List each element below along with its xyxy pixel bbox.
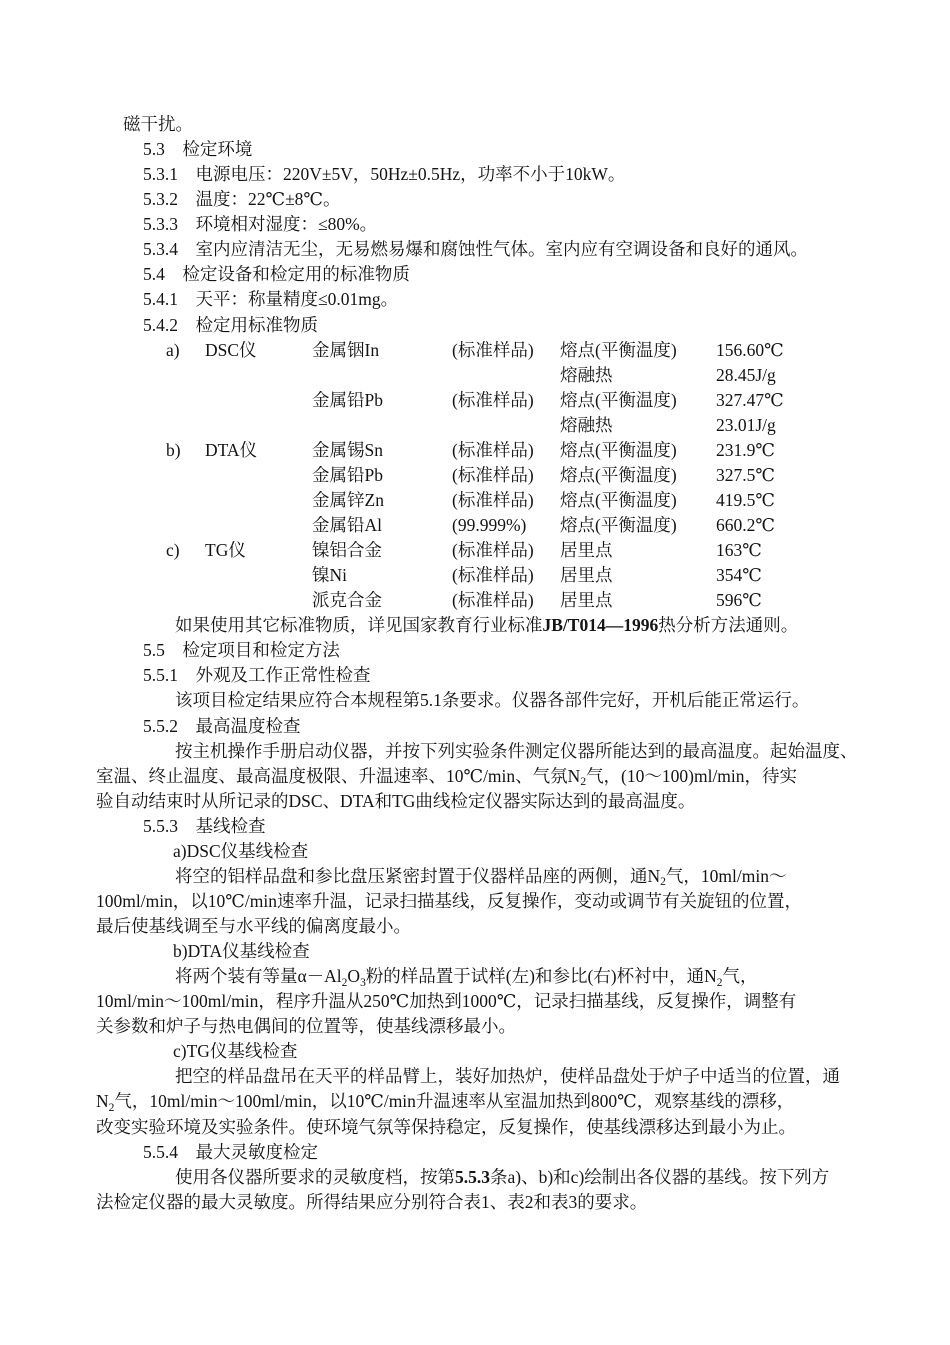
item-letter: b) bbox=[166, 438, 181, 463]
clause-5-3-4: 5.3.4 室内应清洁无尘，无易燃易爆和腐蚀性气体。室内应有空调设备和良好的通风… bbox=[0, 237, 950, 262]
property-value: 419.5℃ bbox=[716, 488, 775, 513]
paragraph-text: 粉的样品置于试样(左)和参比(右)杯衬中，通N bbox=[366, 966, 717, 986]
property-name: 熔点(平衡温度) bbox=[560, 488, 677, 513]
note-text: 热分析方法通则。 bbox=[658, 615, 798, 635]
clause-ref-bold: 5.5.3 bbox=[455, 1167, 490, 1187]
clause-5-3-2: 5.3.2 温度：22℃±8℃。 bbox=[0, 187, 950, 212]
clause-5-4-2: 5.4.2 检定用标准物质 bbox=[0, 313, 950, 338]
paragraph-line: 将两个装有等量α－Al2O3粉的样品置于试样(左)和参比(右)杯衬中，通N2气， bbox=[0, 964, 950, 989]
table-row: 熔融热 28.45J/g bbox=[0, 363, 950, 388]
subscript: 2 bbox=[580, 776, 586, 788]
paragraph-text: 气，10ml/min～100ml/min，以10℃/min升温速率从室温加热到8… bbox=[114, 1091, 794, 1111]
paragraph-text: 将空的铝样品盘和参比盘压紧密封置于仪器样品座的两侧，通N bbox=[175, 866, 660, 886]
material-name: 金属锌Zn bbox=[312, 488, 384, 513]
property-name: 熔点(平衡温度) bbox=[560, 438, 677, 463]
property-value: 354℃ bbox=[716, 563, 762, 588]
sample-grade: (标准样品) bbox=[452, 438, 534, 463]
paragraph-line: 室温、终止温度、最高温度极限、升温速率、10℃/min、气氛N2气，(10～10… bbox=[0, 764, 950, 789]
paragraph-line: 关参数和炉子与热电偶间的位置等，使基线漂移最小。 bbox=[0, 1014, 950, 1039]
material-name: 金属铅Pb bbox=[312, 388, 383, 413]
material-name: 金属锡Sn bbox=[312, 438, 383, 463]
clause-5-3-3: 5.3.3 环境相对湿度：≤80%。 bbox=[0, 212, 950, 237]
paragraph-line: N2气，10ml/min～100ml/min，以10℃/min升温速率从室温加热… bbox=[0, 1089, 950, 1114]
subscript: 3 bbox=[360, 977, 366, 989]
section-heading-5-4: 5.4 检定设备和检定用的标准物质 bbox=[0, 262, 950, 287]
material-name: 金属铅Al bbox=[312, 513, 382, 538]
property-name: 居里点 bbox=[560, 538, 613, 563]
instrument-name: DTA仪 bbox=[205, 438, 257, 463]
paragraph-line: 法检定仪器的最大灵敏度。所得结果应分别符合表1、表2和表3的要求。 bbox=[0, 1190, 950, 1215]
paragraph-text: 将两个装有等量α－Al bbox=[175, 966, 342, 986]
subscript: 2 bbox=[109, 1102, 115, 1114]
property-value: 660.2℃ bbox=[716, 513, 775, 538]
paragraph-text: 使用各仪器所要求的灵敏度档，按第 bbox=[175, 1167, 455, 1187]
property-name: 熔融热 bbox=[560, 413, 613, 438]
table-row: b) DTA仪 金属锡Sn (标准样品) 熔点(平衡温度) 231.9℃ bbox=[0, 438, 950, 463]
paragraph-text: O bbox=[347, 966, 360, 986]
sample-grade: (标准样品) bbox=[452, 588, 534, 613]
document-page: 磁干扰。 5.3 检定环境 5.3.1 电源电压：220V±5V，50Hz±0.… bbox=[0, 0, 950, 1345]
paragraph-text: 室温、终止温度、最高温度极限、升温速率、10℃/min、气氛N bbox=[96, 766, 580, 786]
instrument-name: DSC仪 bbox=[205, 338, 257, 363]
paragraph-line: 100ml/min，以10℃/min速率升温，记录扫描基线，反复操作，变动或调节… bbox=[0, 889, 950, 914]
paragraph-line: 改变实验环境及实验条件。使环境气氛等保持稳定，反复操作，使基线漂移达到最小为止。 bbox=[0, 1115, 950, 1140]
material-name: 金属铅Pb bbox=[312, 463, 383, 488]
table-row: 派克合金 (标准样品) 居里点 596℃ bbox=[0, 588, 950, 613]
table-row: 熔融热 23.01J/g bbox=[0, 413, 950, 438]
property-value: 23.01J/g bbox=[716, 413, 776, 438]
paragraph-line: 该项目检定结果应符合本规程第5.1条要求。仪器各部件完好，开机后能正常运行。 bbox=[0, 688, 950, 713]
subitem-a-dsc: a)DSC仪基线检查 bbox=[0, 839, 950, 864]
subitem-b-dta: b)DTA仪基线检查 bbox=[0, 939, 950, 964]
property-name: 居里点 bbox=[560, 563, 613, 588]
table-row: a) DSC仪 金属铟In (标准样品) 熔点(平衡温度) 156.60℃ bbox=[0, 338, 950, 363]
paragraph-text: 条a)、b)和c)绘制出各仪器的基线。按下列方 bbox=[490, 1167, 829, 1187]
sample-grade: (标准样品) bbox=[452, 538, 534, 563]
paragraph-line: 把空的样品盘吊在天平的样品臂上，装好加热炉，使样品盘处于炉子中适当的位置，通 bbox=[0, 1064, 950, 1089]
item-letter: a) bbox=[166, 338, 180, 363]
table-row: 金属铅Al (99.999%) 熔点(平衡温度) 660.2℃ bbox=[0, 513, 950, 538]
property-name: 熔点(平衡温度) bbox=[560, 388, 677, 413]
table-row: 镍Ni (标准样品) 居里点 354℃ bbox=[0, 563, 950, 588]
sample-grade: (标准样品) bbox=[452, 488, 534, 513]
standard-number-bold: JB/T014—1996 bbox=[543, 615, 659, 635]
property-value: 28.45J/g bbox=[716, 363, 776, 388]
table-row: 金属锌Zn (标准样品) 熔点(平衡温度) 419.5℃ bbox=[0, 488, 950, 513]
subscript: 2 bbox=[342, 977, 348, 989]
subitem-c-tg: c)TG仪基线检查 bbox=[0, 1039, 950, 1064]
clause-5-5-1: 5.5.1 外观及工作正常性检查 bbox=[0, 663, 950, 688]
clause-5-4-1: 5.4.1 天平：称量精度≤0.01mg。 bbox=[0, 287, 950, 312]
property-value: 596℃ bbox=[716, 588, 762, 613]
paragraph-line: 最后使基线调至与水平线的偏离度最小。 bbox=[0, 914, 950, 939]
sample-grade: (标准样品) bbox=[452, 388, 534, 413]
material-name: 镍Ni bbox=[312, 563, 347, 588]
paragraph-line: 验自动结束时从所记录的DSC、DTA和TG曲线检定仪器实际达到的最高温度。 bbox=[0, 789, 950, 814]
clause-5-5-3: 5.5.3 基线检查 bbox=[0, 814, 950, 839]
material-name: 金属铟In bbox=[312, 338, 379, 363]
property-name: 熔点(平衡温度) bbox=[560, 513, 677, 538]
material-name: 镍铝合金 bbox=[312, 538, 382, 563]
material-name: 派克合金 bbox=[312, 588, 382, 613]
property-value: 327.5℃ bbox=[716, 463, 775, 488]
paragraph-line: 10ml/min～100ml/min，程序升温从250℃加热到1000℃，记录扫… bbox=[0, 989, 950, 1014]
item-letter: c) bbox=[166, 538, 180, 563]
property-name: 熔点(平衡温度) bbox=[560, 463, 677, 488]
paragraph-tail-line: 磁干扰。 bbox=[0, 112, 950, 137]
note-text: 如果使用其它标准物质，详见国家教育行业标准 bbox=[175, 615, 543, 635]
section-heading-5-5: 5.5 检定项目和检定方法 bbox=[0, 638, 950, 663]
section-heading-5-3: 5.3 检定环境 bbox=[0, 137, 950, 162]
paragraph-text: N bbox=[96, 1091, 109, 1111]
paragraph-text: 气，(10～100)ml/min，待实 bbox=[586, 766, 797, 786]
property-value: 163℃ bbox=[716, 538, 762, 563]
sample-grade: (标准样品) bbox=[452, 563, 534, 588]
clause-5-5-4: 5.5.4 最大灵敏度检定 bbox=[0, 1140, 950, 1165]
instrument-name: TG仪 bbox=[205, 538, 246, 563]
subscript: 2 bbox=[660, 876, 666, 888]
paragraph-text: 气， bbox=[723, 966, 758, 986]
table-row: 金属铅Pb (标准样品) 熔点(平衡温度) 327.5℃ bbox=[0, 463, 950, 488]
property-name: 居里点 bbox=[560, 588, 613, 613]
subscript: 2 bbox=[717, 977, 723, 989]
note-other-standards: 如果使用其它标准物质，详见国家教育行业标准JB/T014—1996热分析方法通则… bbox=[0, 613, 950, 638]
sample-grade: (标准样品) bbox=[452, 463, 534, 488]
paragraph-line: 使用各仪器所要求的灵敏度档，按第5.5.3条a)、b)和c)绘制出各仪器的基线。… bbox=[0, 1165, 950, 1190]
clause-5-5-2: 5.5.2 最高温度检查 bbox=[0, 714, 950, 739]
table-row: 金属铅Pb (标准样品) 熔点(平衡温度) 327.47℃ bbox=[0, 388, 950, 413]
paragraph-text: 气，10ml/min～ bbox=[666, 866, 787, 886]
clause-5-3-1: 5.3.1 电源电压：220V±5V，50Hz±0.5Hz，功率不小于10kW。 bbox=[0, 162, 950, 187]
sample-grade: (标准样品) bbox=[452, 338, 534, 363]
sample-grade: (99.999%) bbox=[452, 513, 526, 538]
table-row: c) TG仪 镍铝合金 (标准样品) 居里点 163℃ bbox=[0, 538, 950, 563]
property-value: 156.60℃ bbox=[716, 338, 784, 363]
document-body: 磁干扰。 5.3 检定环境 5.3.1 电源电压：220V±5V，50Hz±0.… bbox=[0, 112, 950, 1215]
paragraph-line: 将空的铝样品盘和参比盘压紧密封置于仪器样品座的两侧，通N2气，10ml/min～ bbox=[0, 864, 950, 889]
property-value: 327.47℃ bbox=[716, 388, 784, 413]
paragraph-line: 按主机操作手册启动仪器，并按下列实验条件测定仪器所能达到的最高温度。起始温度、 bbox=[0, 739, 950, 764]
property-name: 熔点(平衡温度) bbox=[560, 338, 677, 363]
property-name: 熔融热 bbox=[560, 363, 613, 388]
property-value: 231.9℃ bbox=[716, 438, 775, 463]
